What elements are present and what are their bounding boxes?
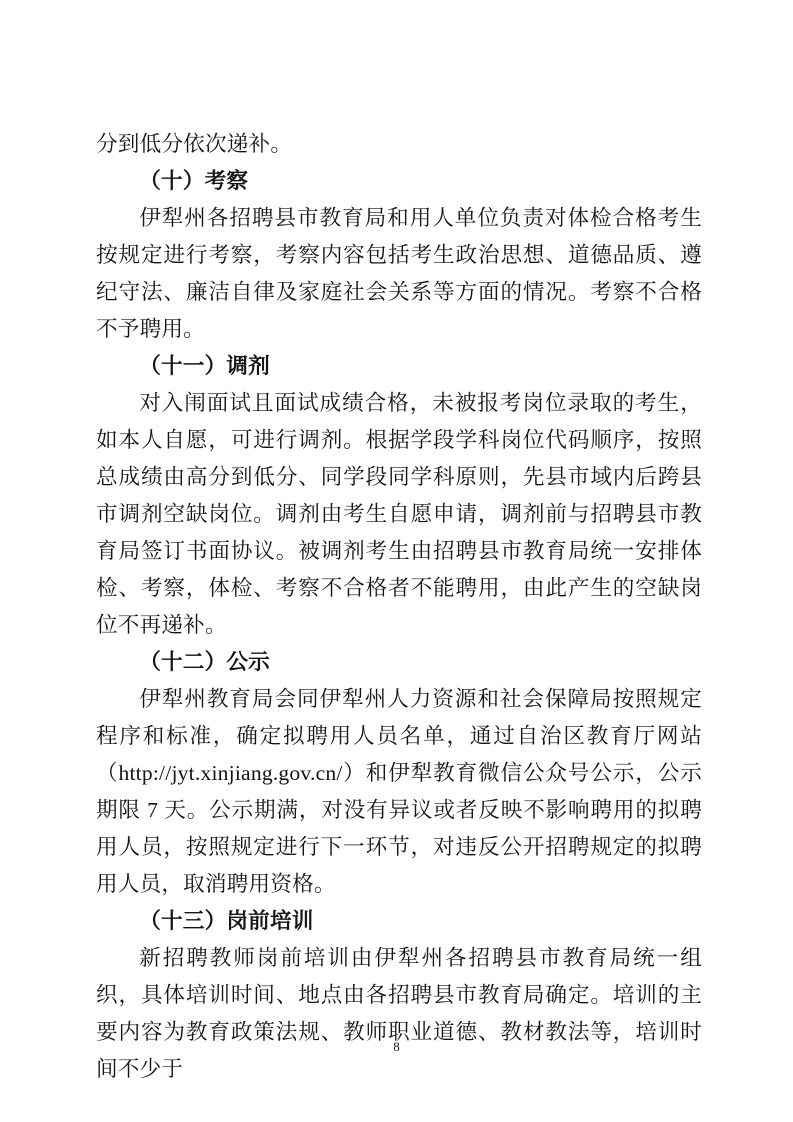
paragraph-adjustment: 对入闱面试且面试成绩合格，未被报考岗位录取的考生，如本人自愿，可进行调剂。根据学… <box>96 385 702 644</box>
paragraph-continuation: 分到低分依次递补。 <box>96 126 702 163</box>
page-number: 8 <box>0 1038 793 1056</box>
paragraph-publicity: 伊犁州教育局会同伊犁州人力资源和社会保障局按照规定程序和标准，确定拟聘用人员名单… <box>96 681 702 903</box>
paragraph-pre-job-training: 新招聘教师岗前培训由伊犁州各招聘县市教育局统一组织，具体培训时间、地点由各招聘县… <box>96 940 702 1088</box>
heading-section-12-publicity: （十二）公示 <box>96 644 702 681</box>
heading-section-13-pre-job-training: （十三）岗前培训 <box>96 903 702 940</box>
paragraph-inspection: 伊犁州各招聘县市教育局和用人单位负责对体检合格考生按规定进行考察，考察内容包括考… <box>96 200 702 348</box>
heading-section-11-adjustment: （十一）调剂 <box>96 348 702 385</box>
document-body: 分到低分依次递补。 （十）考察 伊犁州各招聘县市教育局和用人单位负责对体检合格考… <box>96 126 702 1088</box>
document-page: 分到低分依次递补。 （十）考察 伊犁州各招聘县市教育局和用人单位负责对体检合格考… <box>0 0 793 1122</box>
heading-section-10-inspection: （十）考察 <box>96 163 702 200</box>
